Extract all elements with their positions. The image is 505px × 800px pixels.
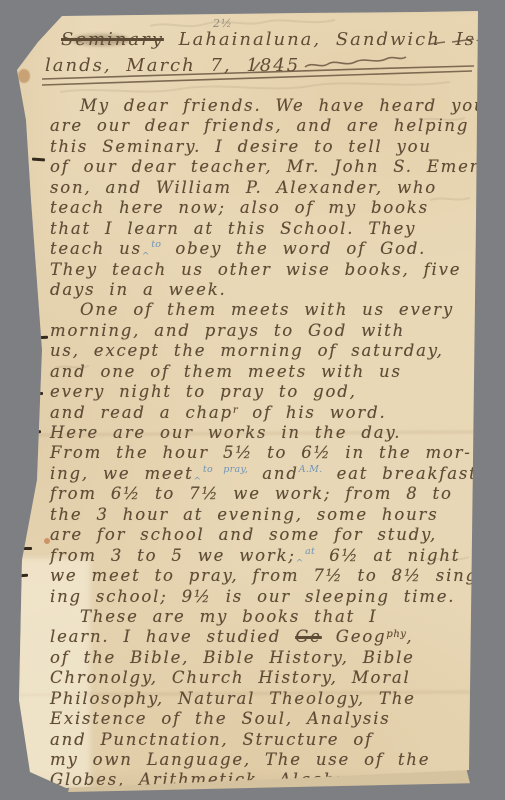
manuscript-line: every night to pray to god, [50, 382, 480, 402]
manuscript-line: My dear friends. We have heard you [50, 96, 480, 116]
manuscript-line: the 3 hour at evening, some hours [50, 505, 480, 525]
stitch-mark [20, 547, 32, 550]
manuscript-text: These are my books that I [80, 607, 377, 626]
stitch-mark [30, 430, 41, 434]
stitch-mark [32, 158, 45, 162]
manuscript-line: are our dear friends, and are helping [50, 116, 480, 136]
heading-place-text: Lahainaluna, Sandwich Is— [164, 29, 496, 50]
manuscript-line: that I learn at this School. They [50, 219, 480, 239]
manuscript-text: and read a chap [50, 403, 233, 422]
annotation-sup-blue: to [151, 239, 161, 250]
manuscript-line: and read a chapr of his word. [50, 403, 480, 423]
annotation-sup-blue: A.M. [299, 464, 323, 475]
manuscript-text: Here are our works in the day. [50, 423, 401, 442]
manuscript-line: teach us^to obey the word of God. [50, 239, 480, 259]
manuscript-text: obey the word of God. [161, 239, 426, 258]
manuscript-line: from 3 to 5 we work;^at 6½ at night [50, 546, 480, 566]
manuscript-text: teach here now; also of my books [50, 198, 429, 217]
manuscript-text: and one of them meets with us [50, 362, 402, 381]
manuscript-text: this Seminary. I desire to tell you [50, 137, 432, 156]
manuscript-line: teach here now; also of my books [50, 198, 480, 218]
manuscript-line: Philosophy, Natural Theology, The [50, 689, 480, 709]
struck-word: Seminary [61, 29, 164, 50]
manuscript-text: the 3 hour at evening, some hours [50, 505, 438, 524]
manuscript-line: These are my books that I [50, 607, 480, 627]
letter-page: 2½ Seminary Lahainaluna, Sandwich Is— la… [0, 0, 505, 800]
manuscript-text: Philosophy, Natural Theology, The [50, 689, 416, 708]
manuscript-line: of our dear teacher, Mr. John S. Emer- [50, 157, 480, 177]
manuscript-text: ing school; 9½ is our sleeping time. [50, 587, 455, 606]
stitch-mark [36, 336, 48, 340]
manuscript-text: My dear friends. We have heard you [80, 96, 486, 115]
manuscript-line: of the Bible, Bible History, Bible [50, 648, 480, 668]
manuscript-line: One of them meets with us every [50, 300, 480, 320]
manuscript-line: son, and William P. Alexander, who [50, 178, 480, 198]
annotation-strike: Ge [295, 627, 322, 646]
manuscript-line: They teach us other wise books, five [50, 260, 480, 280]
manuscript-text: from 3 to 5 we work; [50, 546, 296, 565]
manuscript-line: are for school and some for study, [50, 525, 480, 545]
manuscript-text: learn. I have studied [50, 627, 295, 646]
manuscript-text: that I learn at this School. They [50, 219, 416, 238]
manuscript-text: son, and William P. Alexander, who [50, 178, 437, 197]
manuscript-text: are our dear friends, and are helping [50, 116, 469, 135]
manuscript-line: learn. I have studied Ge Geogphy, [50, 627, 480, 647]
manuscript-text: They teach us other wise books, five [50, 260, 461, 279]
manuscript-text: Chronolgy, Church History, Moral [50, 668, 411, 687]
manuscript-line: ing, we meet^to pray, andA.M. eat breakf… [50, 464, 480, 484]
manuscript-text: and [248, 464, 298, 483]
manuscript-line: this Seminary. I desire to tell you [50, 137, 480, 157]
manuscript-line: morning, and prays to God with [50, 321, 480, 341]
manuscript-line: days in a week. [50, 280, 480, 300]
manuscript-text: are for school and some for study, [50, 525, 437, 544]
letter-heading: Seminary Lahainaluna, Sandwich Is— lands… [45, 27, 485, 79]
manuscript-text: my own Language, The use of the [50, 750, 430, 769]
heading-date-line: lands, March 7, 1845 [45, 53, 485, 79]
manuscript-text: and Punctnation, Structure of [50, 730, 373, 749]
manuscript-text: 6½ at night [315, 546, 460, 565]
heading-place-line: Seminary Lahainaluna, Sandwich Is— [45, 27, 485, 53]
manuscript-line: ing school; 9½ is our sleeping time. [50, 587, 480, 607]
manuscript-line: from 6½ to 7½ we work; from 8 to [50, 484, 480, 504]
scanned-letter-view: 2½ Seminary Lahainaluna, Sandwich Is— la… [0, 0, 505, 800]
manuscript-text: Existence of the Soul, Analysis [50, 709, 391, 728]
manuscript-line: and one of them meets with us [50, 362, 480, 382]
manuscript-line: us, except the morning of saturday, [50, 341, 480, 361]
manuscript-text: we meet to pray, from 7½ to 8½ sing- [50, 566, 485, 585]
manuscript-text: of our dear teacher, Mr. John S. Emer- [50, 157, 487, 176]
manuscript-text: ing, we meet [50, 464, 194, 483]
annotation-sup-blue: at [305, 546, 315, 557]
manuscript-line: Here are our works in the day. [50, 423, 480, 443]
manuscript-line: Existence of the Soul, Analysis [50, 709, 480, 729]
manuscript-text: every night to pray to god, [50, 382, 357, 401]
manuscript-text: , [406, 627, 413, 646]
manuscript-text: morning, and prays to God with [50, 321, 405, 340]
manuscript-text: days in a week. [50, 280, 227, 299]
manuscript-text: us, except the morning of saturday, [50, 341, 444, 360]
stitch-mark [33, 392, 43, 395]
manuscript-text: of the Bible, Bible History, Bible [50, 648, 415, 667]
annotation-sup: phy [386, 629, 406, 640]
stain [18, 69, 30, 83]
manuscript-line: Chronolgy, Church History, Moral [50, 668, 480, 688]
manuscript-text: eat breakfast; [323, 464, 485, 483]
manuscript-line: and Punctnation, Structure of [50, 730, 480, 750]
manuscript-text: teach us [50, 239, 142, 258]
manuscript-text: Geog [322, 627, 387, 646]
manuscript-text: from 6½ to 7½ we work; from 8 to [50, 484, 453, 503]
manuscript-line: we meet to pray, from 7½ to 8½ sing- [50, 566, 480, 586]
annotation-sup-blue: to pray, [203, 464, 248, 475]
manuscript-line: my own Language, The use of the [50, 750, 480, 770]
letter-body: My dear friends. We have heard youare ou… [50, 96, 480, 791]
manuscript-text: of his word. [238, 403, 386, 422]
manuscript-text: From the hour 5½ to 6½ in the mor- [50, 443, 472, 462]
manuscript-text: One of them meets with us every [80, 300, 454, 319]
manuscript-line: From the hour 5½ to 6½ in the mor- [50, 443, 480, 463]
